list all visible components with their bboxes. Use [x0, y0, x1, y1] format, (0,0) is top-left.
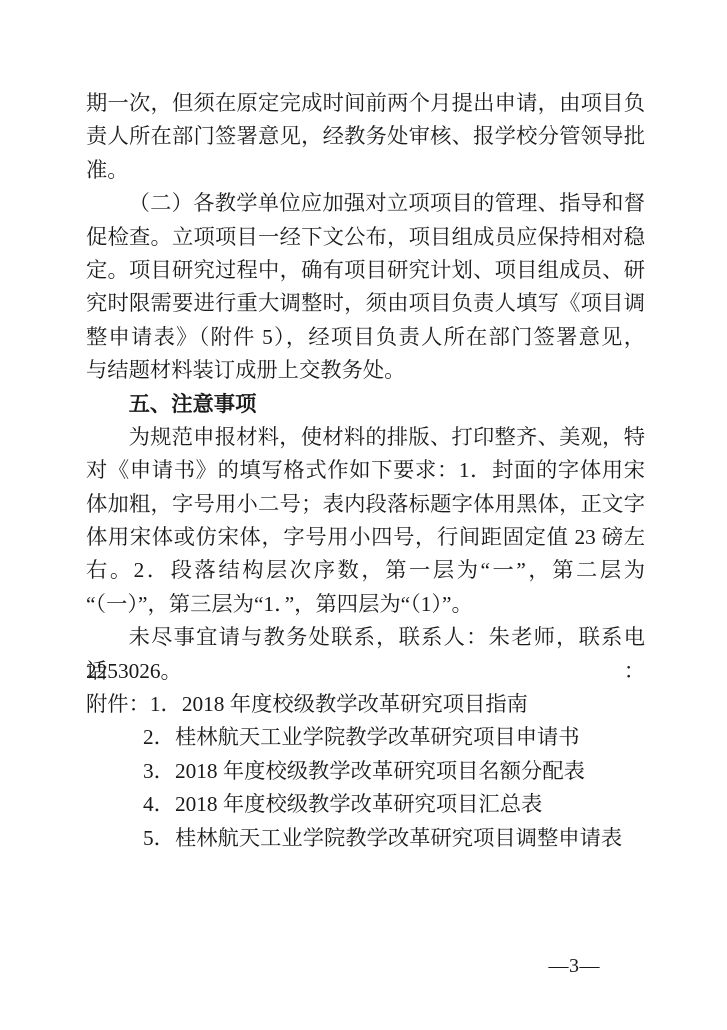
- section-heading: 五、注意事项: [86, 388, 645, 421]
- document-line: 促检查。立项项目一经下文公布，项目组成员应保持相对稳: [86, 221, 645, 254]
- document-line: 未尽事宜请与教务处联系，联系人：朱老师，联系电话：: [86, 621, 645, 654]
- document-page: 期一次，但须在原定完成时间前两个月提出申请，由项目负 责人所在部门签署意见，经教…: [0, 0, 727, 1030]
- page-number: —3—: [549, 955, 601, 978]
- attachment-item: 3．2018 年度校级教学改革研究项目名额分配表: [86, 755, 645, 788]
- document-line: 究时限需要进行重大调整时，须由项目负责人填写《项目调: [86, 287, 645, 320]
- attachment-item: 2．桂林航天工业学院教学改革研究项目申请书: [86, 721, 645, 754]
- document-line: 对《申请书》的填写格式作如下要求：1．封面的字体用宋: [86, 454, 645, 487]
- attachment-item: 5．桂林航天工业学院教学改革研究项目调整申请表: [86, 822, 645, 855]
- document-line: 与结题材料装订成册上交教务处。: [86, 354, 645, 387]
- document-line: 定。项目研究过程中，确有项目研究计划、项目组成员、研: [86, 254, 645, 287]
- document-line: 右。2．段落结构层次序数，第一层为“一”，第二层为: [86, 554, 645, 587]
- document-body: 期一次，但须在原定完成时间前两个月提出申请，由项目负 责人所在部门签署意见，经教…: [86, 87, 645, 855]
- document-line: “（一）”，第三层为“1．”，第四层为“（1）”。: [86, 588, 645, 621]
- document-line: 准。: [86, 154, 645, 187]
- document-line: 体用宋体或仿宋体，字号用小四号，行间距固定值 23 磅左: [86, 521, 645, 554]
- document-line: 责人所在部门签署意见，经教务处审核、报学校分管领导批: [86, 120, 645, 153]
- document-line: 体加粗，字号用小二号；表内段落标题字体用黑体，正文字: [86, 488, 645, 521]
- attachment-item: 4．2018 年度校级教学改革研究项目汇总表: [86, 788, 645, 821]
- attachments-label-line: 附件：1．2018 年度校级教学改革研究项目指南: [86, 688, 645, 721]
- document-line: 期一次，但须在原定完成时间前两个月提出申请，由项目负: [86, 87, 645, 120]
- document-line: 整申请表》（附件 5），经项目负责人所在部门签署意见，: [86, 321, 645, 354]
- document-line: （二）各教学单位应加强对立项项目的管理、指导和督: [86, 187, 645, 220]
- document-line: 为规范申报材料，使材料的排版、打印整齐、美观，特: [86, 421, 645, 454]
